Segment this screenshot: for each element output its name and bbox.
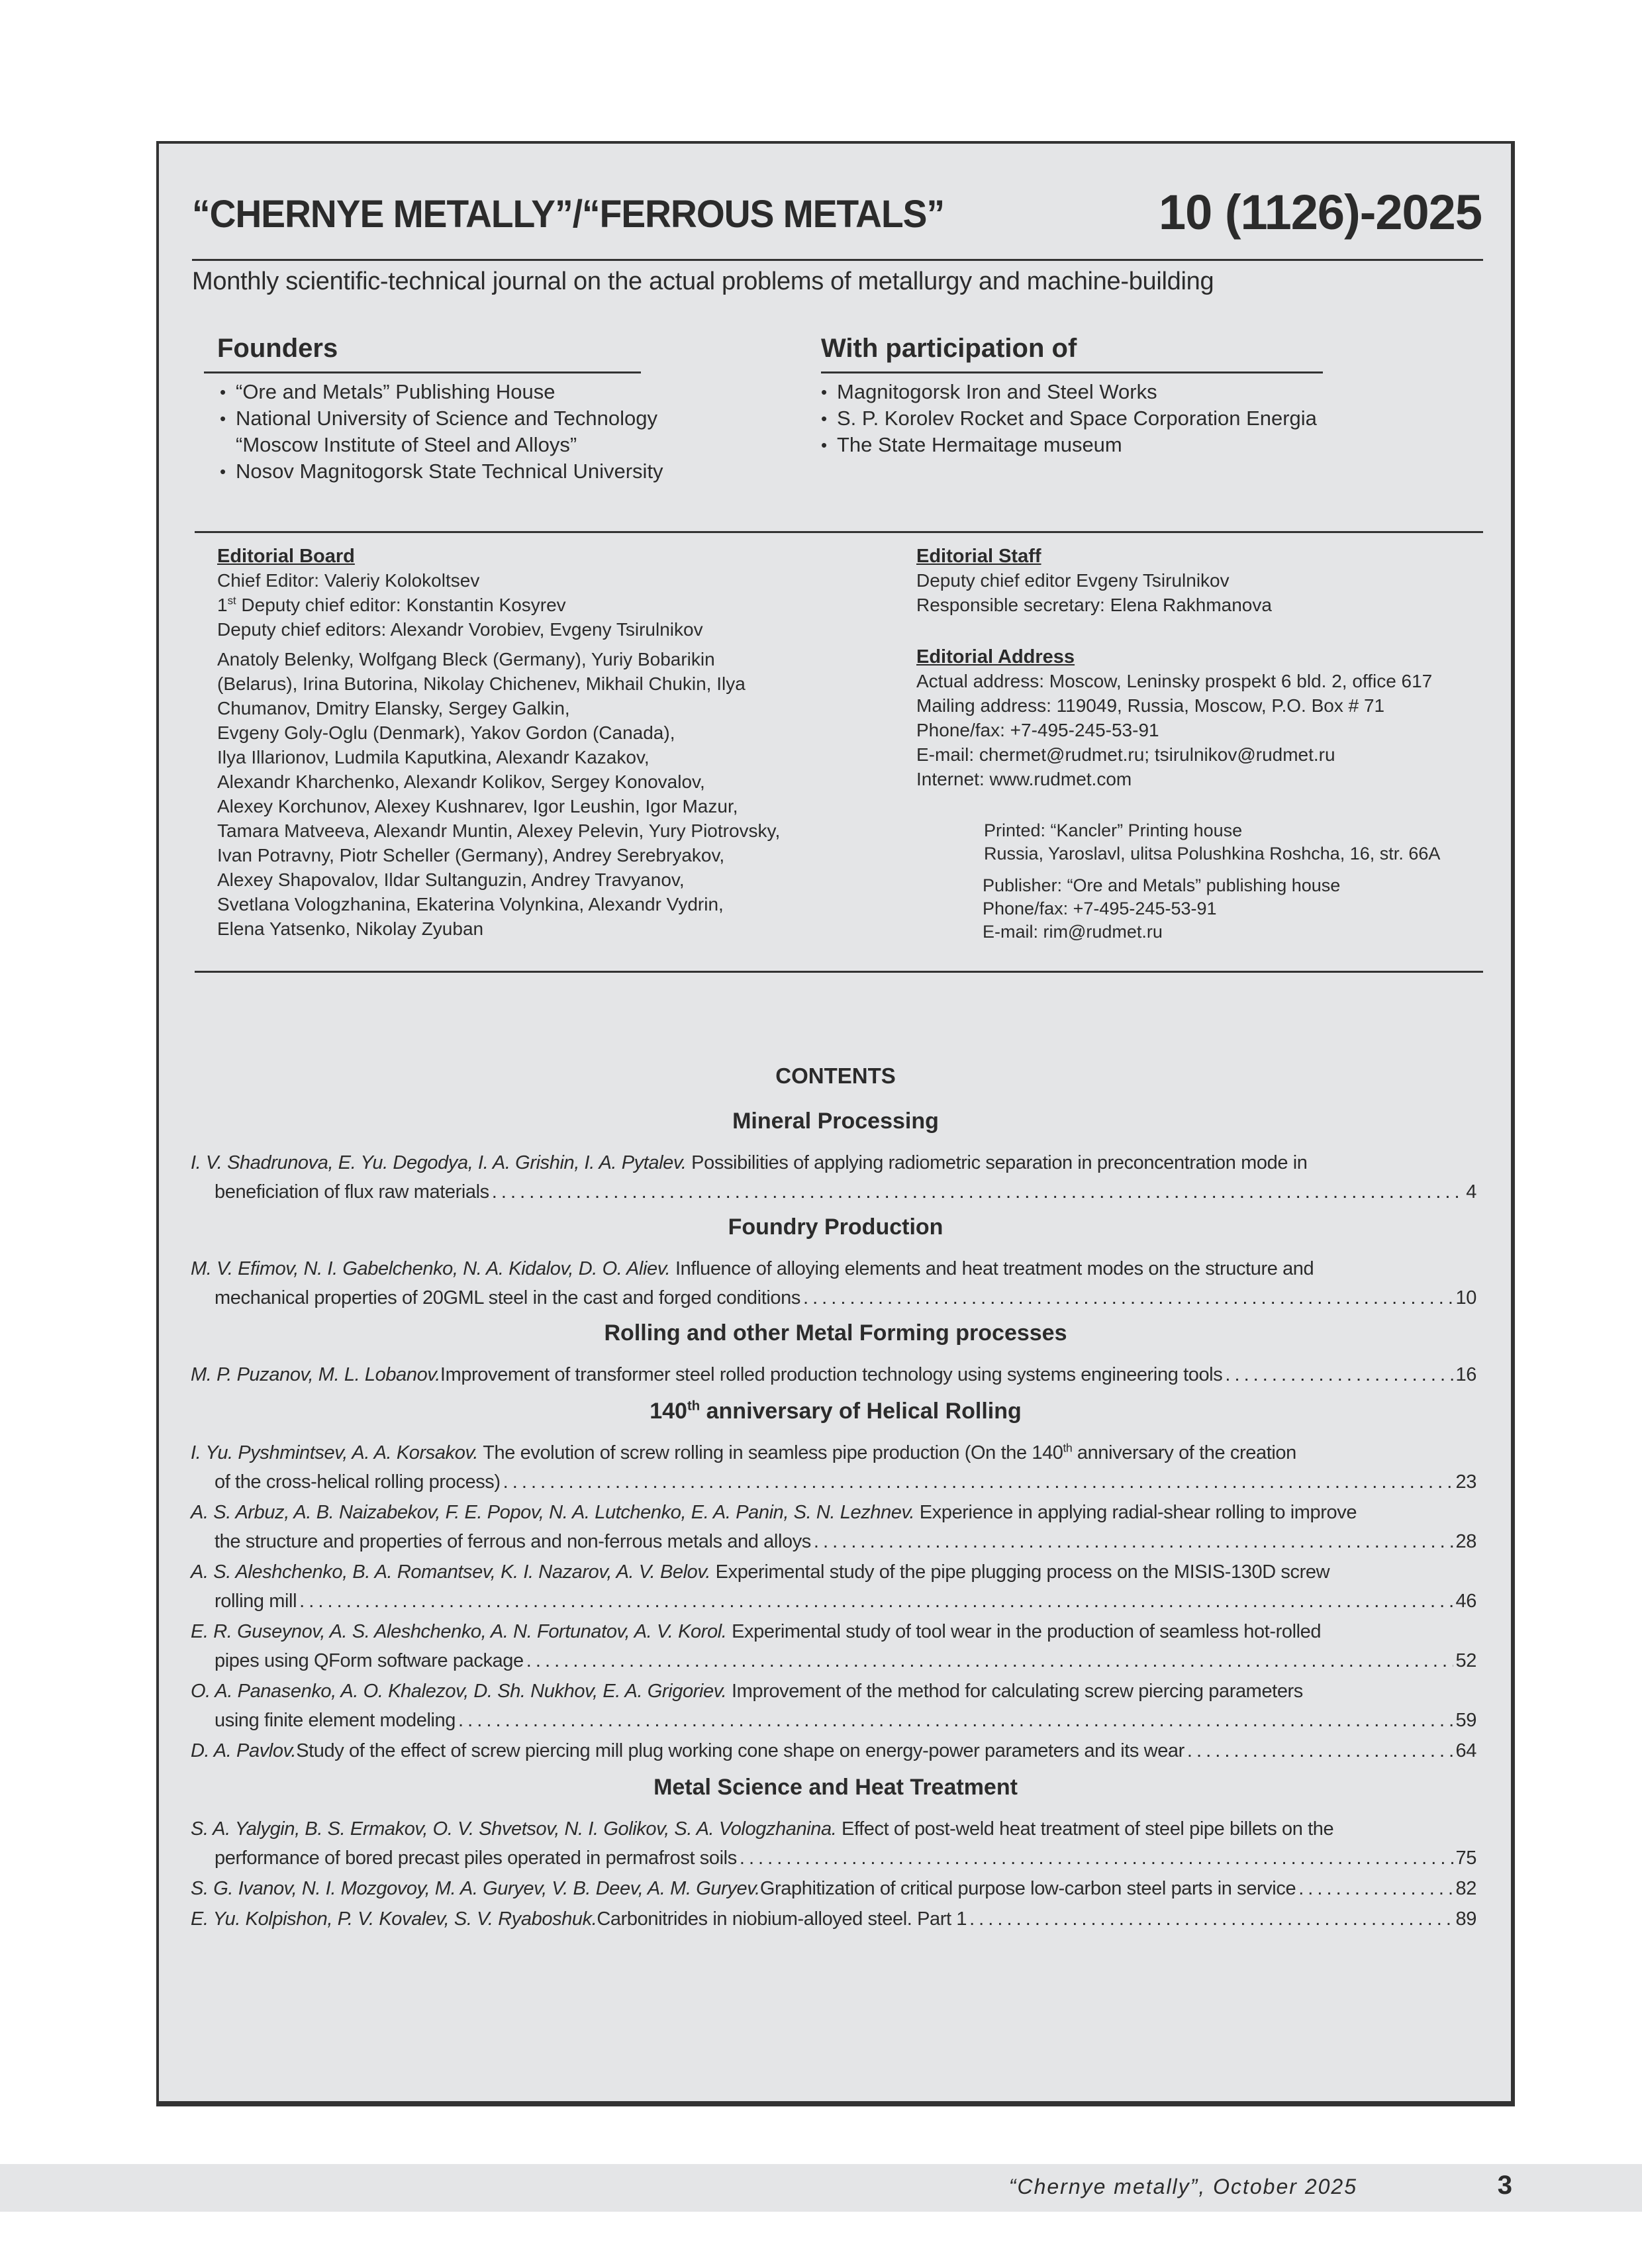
journal-subtitle: Monthly scientific-technical journal on … — [192, 268, 1214, 296]
printer-line: Printed: “Kancler” Printing house — [984, 819, 1440, 842]
contents-entry[interactable]: M. V. Efimov, N. I. Gabelchenko, N. A. K… — [191, 1254, 1476, 1312]
board-members-line: (Belarus), Irina Butorina, Nikolay Chich… — [217, 671, 780, 696]
publisher-line: Publisher: “Ore and Metals” publishing h… — [983, 874, 1340, 897]
participation-heading: With participation of — [821, 334, 1077, 364]
board-members-line: Ivan Potravny, Piotr Scheller (Germany),… — [217, 843, 780, 867]
participation-rule — [821, 371, 1323, 373]
contents-section-heading: Metal Science and Heat Treatment — [156, 1775, 1515, 1800]
board-members-line: Evgeny Goly-Oglu (Denmark), Yakov Gordon… — [217, 720, 780, 745]
contents-entry[interactable]: A. S. Aleshchenko, B. A. Romantsev, K. I… — [191, 1557, 1476, 1616]
contents-entry[interactable]: I. Yu. Pyshmintsev, A. A. Korsakov. The … — [191, 1438, 1476, 1497]
address-line: Actual address: Moscow, Leninsky prospek… — [916, 669, 1432, 693]
board-members-line: Alexey Korchunov, Alexey Kushnarev, Igor… — [217, 794, 780, 818]
participant-item: •Magnitogorsk Iron and Steel Works — [818, 379, 1317, 405]
page-number: 89 — [1456, 1904, 1476, 1934]
section-divider — [195, 971, 1483, 973]
contents-entry[interactable]: S. G. Ivanov, N. I. Mozgovoy, M. A. Gury… — [191, 1874, 1476, 1903]
board-members-line: Anatoly Belenky, Wolfgang Bleck (Germany… — [217, 647, 780, 671]
contents-entry[interactable]: A. S. Arbuz, A. B. Naizabekov, F. E. Pop… — [191, 1498, 1476, 1556]
board-members-line: Alexey Shapovalov, Ildar Sultanguzin, An… — [217, 867, 780, 892]
board-members-line: Elena Yatsenko, Nikolay Zyuban — [217, 916, 780, 941]
contents-section-heading: 140th anniversary of Helical Rolling — [156, 1399, 1515, 1424]
participant-item: •The State Hermaitage museum — [818, 432, 1317, 458]
page-footer: “Chernye metally”, October 2025 3 — [0, 2164, 1642, 2212]
publisher-email[interactable]: E-mail: rim@rudmet.ru — [983, 920, 1340, 944]
page-number: 3 — [1498, 2171, 1512, 2200]
founder-item: •“Ore and Metals” Publishing House — [217, 379, 663, 405]
contents-entry[interactable]: E. Yu. Kolpishon, P. V. Kovalev, S. V. R… — [191, 1904, 1476, 1934]
editorial-board-heading: Editorial Board — [217, 544, 780, 568]
page-number: 75 — [1456, 1844, 1476, 1873]
contents-entry[interactable]: O. A. Panasenko, A. O. Khalezov, D. Sh. … — [191, 1677, 1476, 1735]
page-number: 16 — [1456, 1360, 1476, 1389]
page-number: 4 — [1466, 1177, 1476, 1207]
chief-editor: Chief Editor: Valeriy Kolokoltsev — [217, 568, 780, 593]
contents-section-heading: Mineral Processing — [156, 1109, 1515, 1134]
publisher-info: Publisher: “Ore and Metals” publishing h… — [983, 874, 1340, 944]
participant-item: •S. P. Korolev Rocket and Space Corporat… — [818, 405, 1317, 432]
website-line[interactable]: Internet: www.rudmet.com — [916, 767, 1432, 791]
page-number: 82 — [1456, 1874, 1476, 1903]
contents-section-heading: Foundry Production — [156, 1214, 1515, 1240]
publisher-line: Phone/fax: +7-495-245-53-91 — [983, 897, 1340, 920]
founders-rule — [204, 371, 641, 373]
contents-entry[interactable]: E. R. Guseynov, A. S. Aleshchenko, A. N.… — [191, 1617, 1476, 1675]
contents-entry[interactable]: S. A. Yalygin, B. S. Ermakov, O. V. Shve… — [191, 1814, 1476, 1873]
board-members-line: Svetlana Vologzhanina, Ekaterina Volynki… — [217, 892, 780, 916]
section-divider — [195, 531, 1483, 533]
staff-line: Responsible secretary: Elena Rakhmanova — [916, 593, 1272, 617]
founder-item: •National University of Science and Tech… — [217, 405, 663, 432]
staff-line: Deputy chief editor Evgeny Tsirulnikov — [916, 568, 1272, 593]
contents-entry[interactable]: I. V. Shadrunova, E. Yu. Degodya, I. A. … — [191, 1148, 1476, 1207]
founders-heading: Founders — [217, 334, 338, 364]
founders-list: •“Ore and Metals” Publishing House •Nati… — [217, 379, 663, 485]
page-number: 23 — [1456, 1467, 1476, 1497]
journal-title: “CHERNYE METALLY”/“FERROUS METALS” — [192, 192, 944, 236]
address-line: Phone/fax: +7-495-245-53-91 — [916, 718, 1432, 742]
masthead-title-row: “CHERNYE METALLY”/“FERROUS METALS” 10 (1… — [192, 187, 1483, 246]
address-line: Mailing address: 119049, Russia, Moscow,… — [916, 693, 1432, 718]
founder-item: •Nosov Magnitogorsk State Technical Univ… — [217, 458, 663, 485]
board-members-line: Tamara Matveeva, Alexandr Muntin, Alexey… — [217, 818, 780, 843]
board-members-line: Alexandr Kharchenko, Alexandr Kolikov, S… — [217, 769, 780, 794]
page-number: 59 — [1456, 1706, 1476, 1735]
issue-number: 10 (1126)-2025 — [1159, 184, 1482, 240]
board-members-line: Chumanov, Dmitry Elansky, Sergey Galkin, — [217, 696, 780, 720]
email-line[interactable]: E-mail: chermet@rudmet.ru; tsirulnikov@r… — [916, 742, 1432, 767]
page-number: 28 — [1456, 1527, 1476, 1556]
editorial-staff-heading: Editorial Staff — [916, 544, 1272, 568]
editorial-address: Editorial Address Actual address: Moscow… — [916, 645, 1432, 791]
contents-entry[interactable]: D. A. Pavlov. Study of the effect of scr… — [191, 1736, 1476, 1765]
printer-line: Russia, Yaroslavl, ulitsa Polushkina Ros… — [984, 842, 1440, 865]
deputy-editors: Deputy chief editors: Alexandr Vorobiev,… — [217, 617, 780, 642]
editorial-staff: Editorial Staff Deputy chief editor Evge… — [916, 544, 1272, 617]
first-deputy-editor: 1st Deputy chief editor: Konstantin Kosy… — [217, 593, 780, 617]
page-number: 10 — [1456, 1283, 1476, 1312]
participation-list: •Magnitogorsk Iron and Steel Works •S. P… — [818, 379, 1317, 458]
page-number: 46 — [1456, 1587, 1476, 1616]
editorial-address-heading: Editorial Address — [916, 645, 1432, 669]
founder-item: “Moscow Institute of Steel and Alloys” — [217, 432, 663, 458]
title-rule — [192, 259, 1483, 261]
page-number: 52 — [1456, 1646, 1476, 1675]
printer-info: Printed: “Kancler” Printing house Russia… — [984, 819, 1440, 865]
editorial-board: Editorial Board Chief Editor: Valeriy Ko… — [217, 544, 780, 941]
contents-title: CONTENTS — [156, 1063, 1515, 1089]
contents-section-heading: Rolling and other Metal Forming processe… — [156, 1320, 1515, 1346]
board-members-line: Ilya Illarionov, Ludmila Kaputkina, Alex… — [217, 745, 780, 769]
running-title: “Chernye metally”, October 2025 — [1009, 2175, 1357, 2199]
contents-entry[interactable]: M. P. Puzanov, M. L. Lobanov. Improvemen… — [191, 1360, 1476, 1389]
page-number: 64 — [1456, 1736, 1476, 1765]
